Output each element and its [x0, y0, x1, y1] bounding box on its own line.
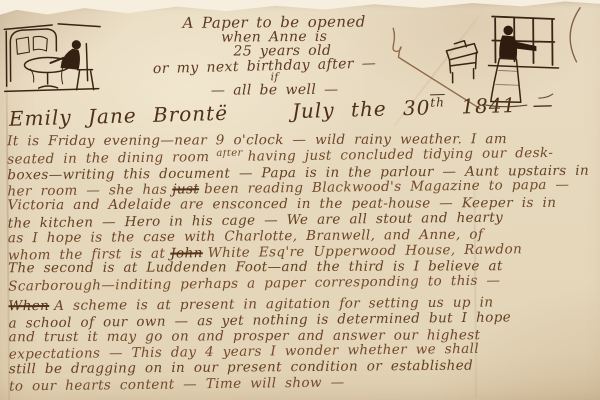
date-ordinal: th	[430, 95, 445, 109]
author-name: Emily Jane Brontë	[9, 101, 229, 131]
cover-note: A Paper to be opened when Anne is 25 yea…	[142, 14, 407, 99]
line-text: seated in the dining room	[7, 149, 209, 167]
paper-sheet: A Paper to be opened when Anne is 25 yea…	[0, 0, 600, 400]
date-text: July the 30	[292, 95, 431, 123]
manuscript-photo: A Paper to be opened when Anne is 25 yea…	[0, 0, 600, 400]
struck-word: John	[170, 245, 203, 261]
date-year: 1841 —	[461, 92, 554, 118]
struck-word: When	[8, 298, 49, 314]
line-text: been reading Blackwood's Magazine to pap…	[204, 178, 569, 198]
seated-writer-sketch	[0, 18, 105, 97]
struck-word: just	[172, 182, 199, 198]
ink-bracket-mark	[560, 6, 584, 66]
diary-body: It is Friday evening—near 9 o'clock — wi…	[7, 131, 591, 394]
line-text: having just concluded tidying our desk-	[248, 145, 554, 164]
inserted-word: after	[216, 147, 243, 158]
